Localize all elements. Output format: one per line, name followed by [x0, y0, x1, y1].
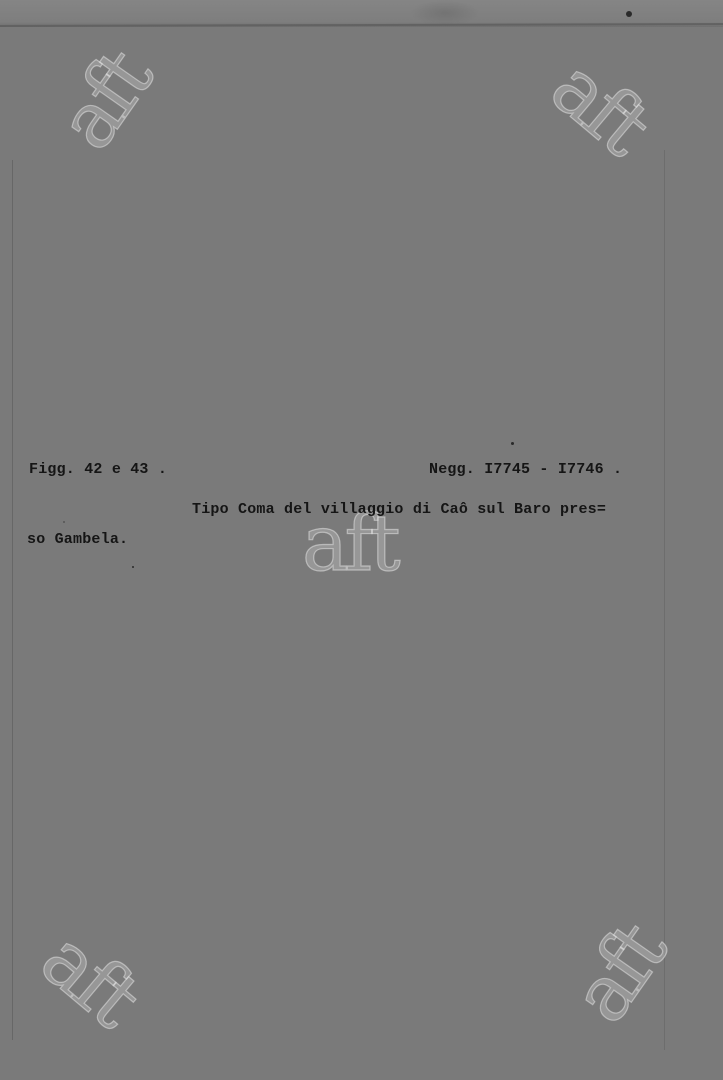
ink-speck	[132, 566, 134, 568]
ink-speck	[63, 521, 65, 523]
description-line-2: so Gambela.	[27, 531, 128, 548]
figure-caption: Figg. 42 e 43 .	[29, 461, 167, 478]
description-line-1: Tipo Coma del villaggio di Caô sul Baro …	[192, 501, 606, 518]
negative-numbers: Negg. I7745 - I7746 .	[429, 461, 622, 478]
ink-speck	[511, 442, 514, 445]
right-margin-line	[664, 150, 665, 1050]
ink-speck	[626, 11, 632, 17]
left-margin-line	[12, 160, 13, 1040]
top-smudge	[410, 0, 480, 26]
